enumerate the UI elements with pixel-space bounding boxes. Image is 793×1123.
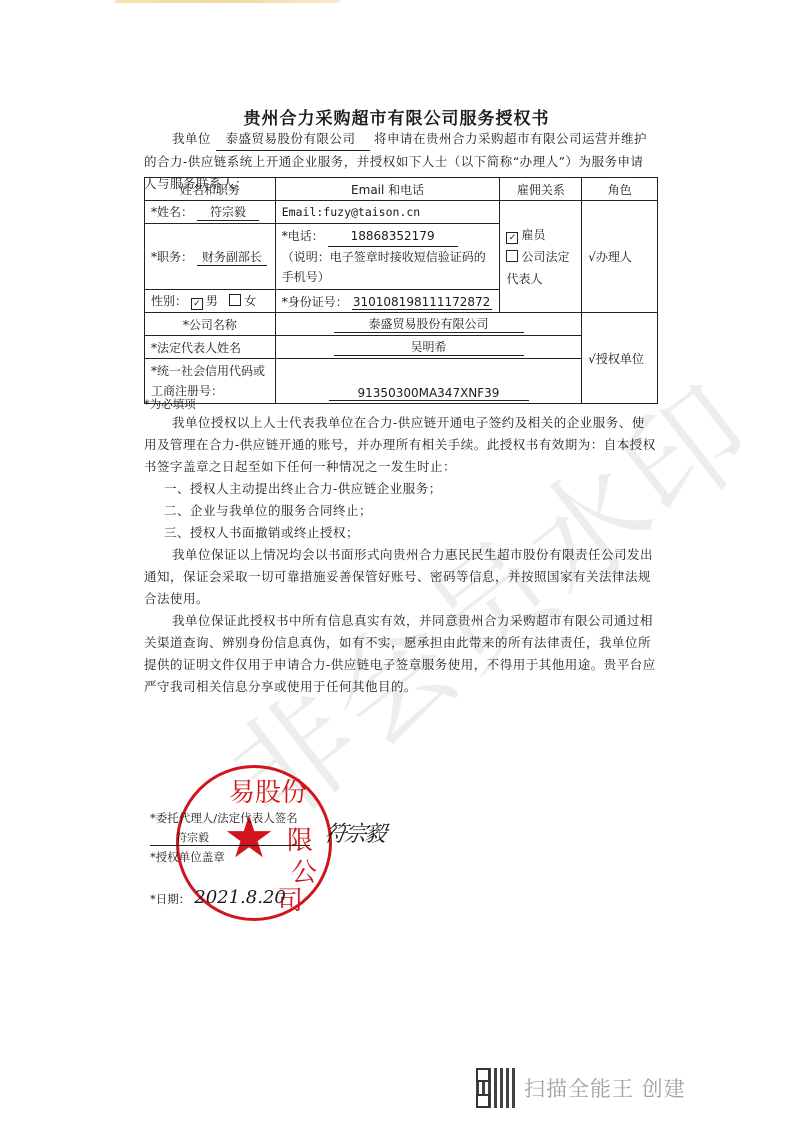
- credit-code-cell: 91350300MA347XNF39: [275, 359, 582, 404]
- company-name-cell: 泰盛贸易股份有限公司: [275, 313, 582, 336]
- agent-name: 符宗毅: [176, 829, 209, 845]
- required-note: *为必填项: [144, 396, 196, 412]
- id-value: 310108198111172872: [352, 295, 492, 310]
- handwritten-signature: 符宗毅: [322, 817, 387, 848]
- gender-label: 性别：: [151, 294, 187, 308]
- checkbox-checked-icon: ✓: [506, 232, 518, 244]
- legal-rep-cell: 吴明希: [275, 336, 582, 359]
- date-field: *日期：2021.8.20: [150, 887, 286, 908]
- legal-rep-label: *法定代表人姓名: [145, 336, 276, 359]
- employment-option-employee: ✓雇员: [506, 224, 575, 246]
- agent-signature-label: *委托代理人/法定代表人签名: [150, 810, 298, 826]
- date-label: *日期：: [150, 892, 190, 906]
- legal-rep-value: 吴明希: [334, 338, 524, 356]
- date-value: 2021.8.20: [194, 887, 286, 908]
- qr-code-icon: [476, 1068, 516, 1108]
- position-cell: *职务： 财务副部长: [145, 224, 276, 290]
- body-text: 我单位授权以上人士代表我单位在合力-供应链开通电子签约及相关的企业服务、使用及管…: [144, 412, 656, 698]
- gender-cell: 性别： ✓男 女: [145, 290, 276, 313]
- document-title: 贵州合力采购超市有限公司服务授权书: [0, 104, 793, 129]
- checkbox-empty-icon: [506, 250, 518, 262]
- intro-line2: 的合力-供应链系统上开通企业服务，并授权如下人士（以下简称“办理人”）为服务申请: [144, 151, 656, 173]
- body-paragraph-1: 我单位授权以上人士代表我单位在合力-供应链开通电子签约及相关的企业服务、使用及管…: [144, 412, 656, 478]
- header-employment: 雇佣关系: [500, 178, 582, 201]
- company-name-value: 泰盛贸易股份有限公司: [334, 315, 524, 333]
- name-label: *姓名：: [151, 205, 193, 219]
- intro-company: 泰盛贸易股份有限公司: [216, 128, 370, 151]
- body-paragraph-3: 我单位保证此授权书中所有信息真实有效，并同意贵州合力采购超市有限公司通过相关渠道…: [144, 610, 656, 698]
- checkbox-empty-icon: [229, 294, 241, 306]
- phone-cell: *电话： 18868352179 （说明：电子签章时接收短信验证码的手机号）: [275, 224, 500, 290]
- signature-line: [150, 845, 310, 846]
- footer-text: 扫描全能王 创建: [524, 1073, 686, 1103]
- body-item-3: 三、授权人书面撤销或终止授权；: [144, 522, 656, 544]
- table-header-row: 姓名和职务 Email 和电话 雇佣关系 角色: [145, 178, 658, 201]
- role-agent-cell: √办理人: [582, 201, 658, 313]
- name-cell: *姓名： 符宗毅: [145, 201, 276, 224]
- role-company-cell: √授权单位: [582, 313, 658, 404]
- company-name-label: *公司名称: [145, 313, 276, 336]
- employment-option-legal-rep: 公司法定代表人: [506, 246, 575, 290]
- checkbox-checked-icon: ✓: [191, 298, 203, 310]
- table-row: *姓名： 符宗毅 Email:fuzy@taison.cn ✓雇员 公司法定代表…: [145, 201, 658, 224]
- email-value: fuzy@taison.cn: [323, 205, 420, 219]
- header-email-phone: Email 和电话: [275, 178, 500, 201]
- phone-label: *电话：: [282, 229, 324, 243]
- phone-note: （说明：电子签章时接收短信验证码的手机号）: [282, 247, 494, 287]
- body-item-1: 一、授权人主动提出终止合力-供应链企业服务；: [144, 478, 656, 500]
- position-label: *职务：: [151, 250, 193, 264]
- employment-cell: ✓雇员 公司法定代表人: [500, 201, 582, 313]
- intro-prefix: 我单位: [172, 131, 211, 146]
- email-label: Email:: [282, 205, 324, 219]
- header-role: 角色: [582, 178, 658, 201]
- scan-edge-strip: [115, 0, 340, 3]
- phone-value: 18868352179: [328, 226, 458, 247]
- table-row: *法定代表人姓名 吴明希: [145, 336, 658, 359]
- credit-code-value: 91350300MA347XNF39: [329, 386, 529, 401]
- email-cell: Email:fuzy@taison.cn: [275, 201, 500, 224]
- id-label: *身份证号：: [282, 295, 348, 309]
- body-item-2: 二、企业与我单位的服务合同终止；: [144, 500, 656, 522]
- intro-line1: 将申请在贵州合力采购超市有限公司运营并维护: [374, 131, 647, 146]
- body-paragraph-2: 我单位保证以上情况均会以书面形式向贵州合力惠民民生超市股份有限责任公司发出通知，…: [144, 544, 656, 610]
- position-value: 财务副部长: [197, 248, 267, 266]
- header-name-title: 姓名和职务: [145, 178, 276, 201]
- authorization-table: 姓名和职务 Email 和电话 雇佣关系 角色 *姓名： 符宗毅 Email:f…: [144, 177, 658, 404]
- scanner-footer: 扫描全能王 创建: [476, 1068, 686, 1108]
- table-row: *公司名称 泰盛贸易股份有限公司 √授权单位: [145, 313, 658, 336]
- table-row: *统一社会信用代码或工商注册号： 91350300MA347XNF39: [145, 359, 658, 404]
- name-value: 符宗毅: [197, 203, 259, 221]
- seal-label: *授权单位盖章: [150, 849, 225, 865]
- id-cell: *身份证号： 310108198111172872: [275, 290, 500, 313]
